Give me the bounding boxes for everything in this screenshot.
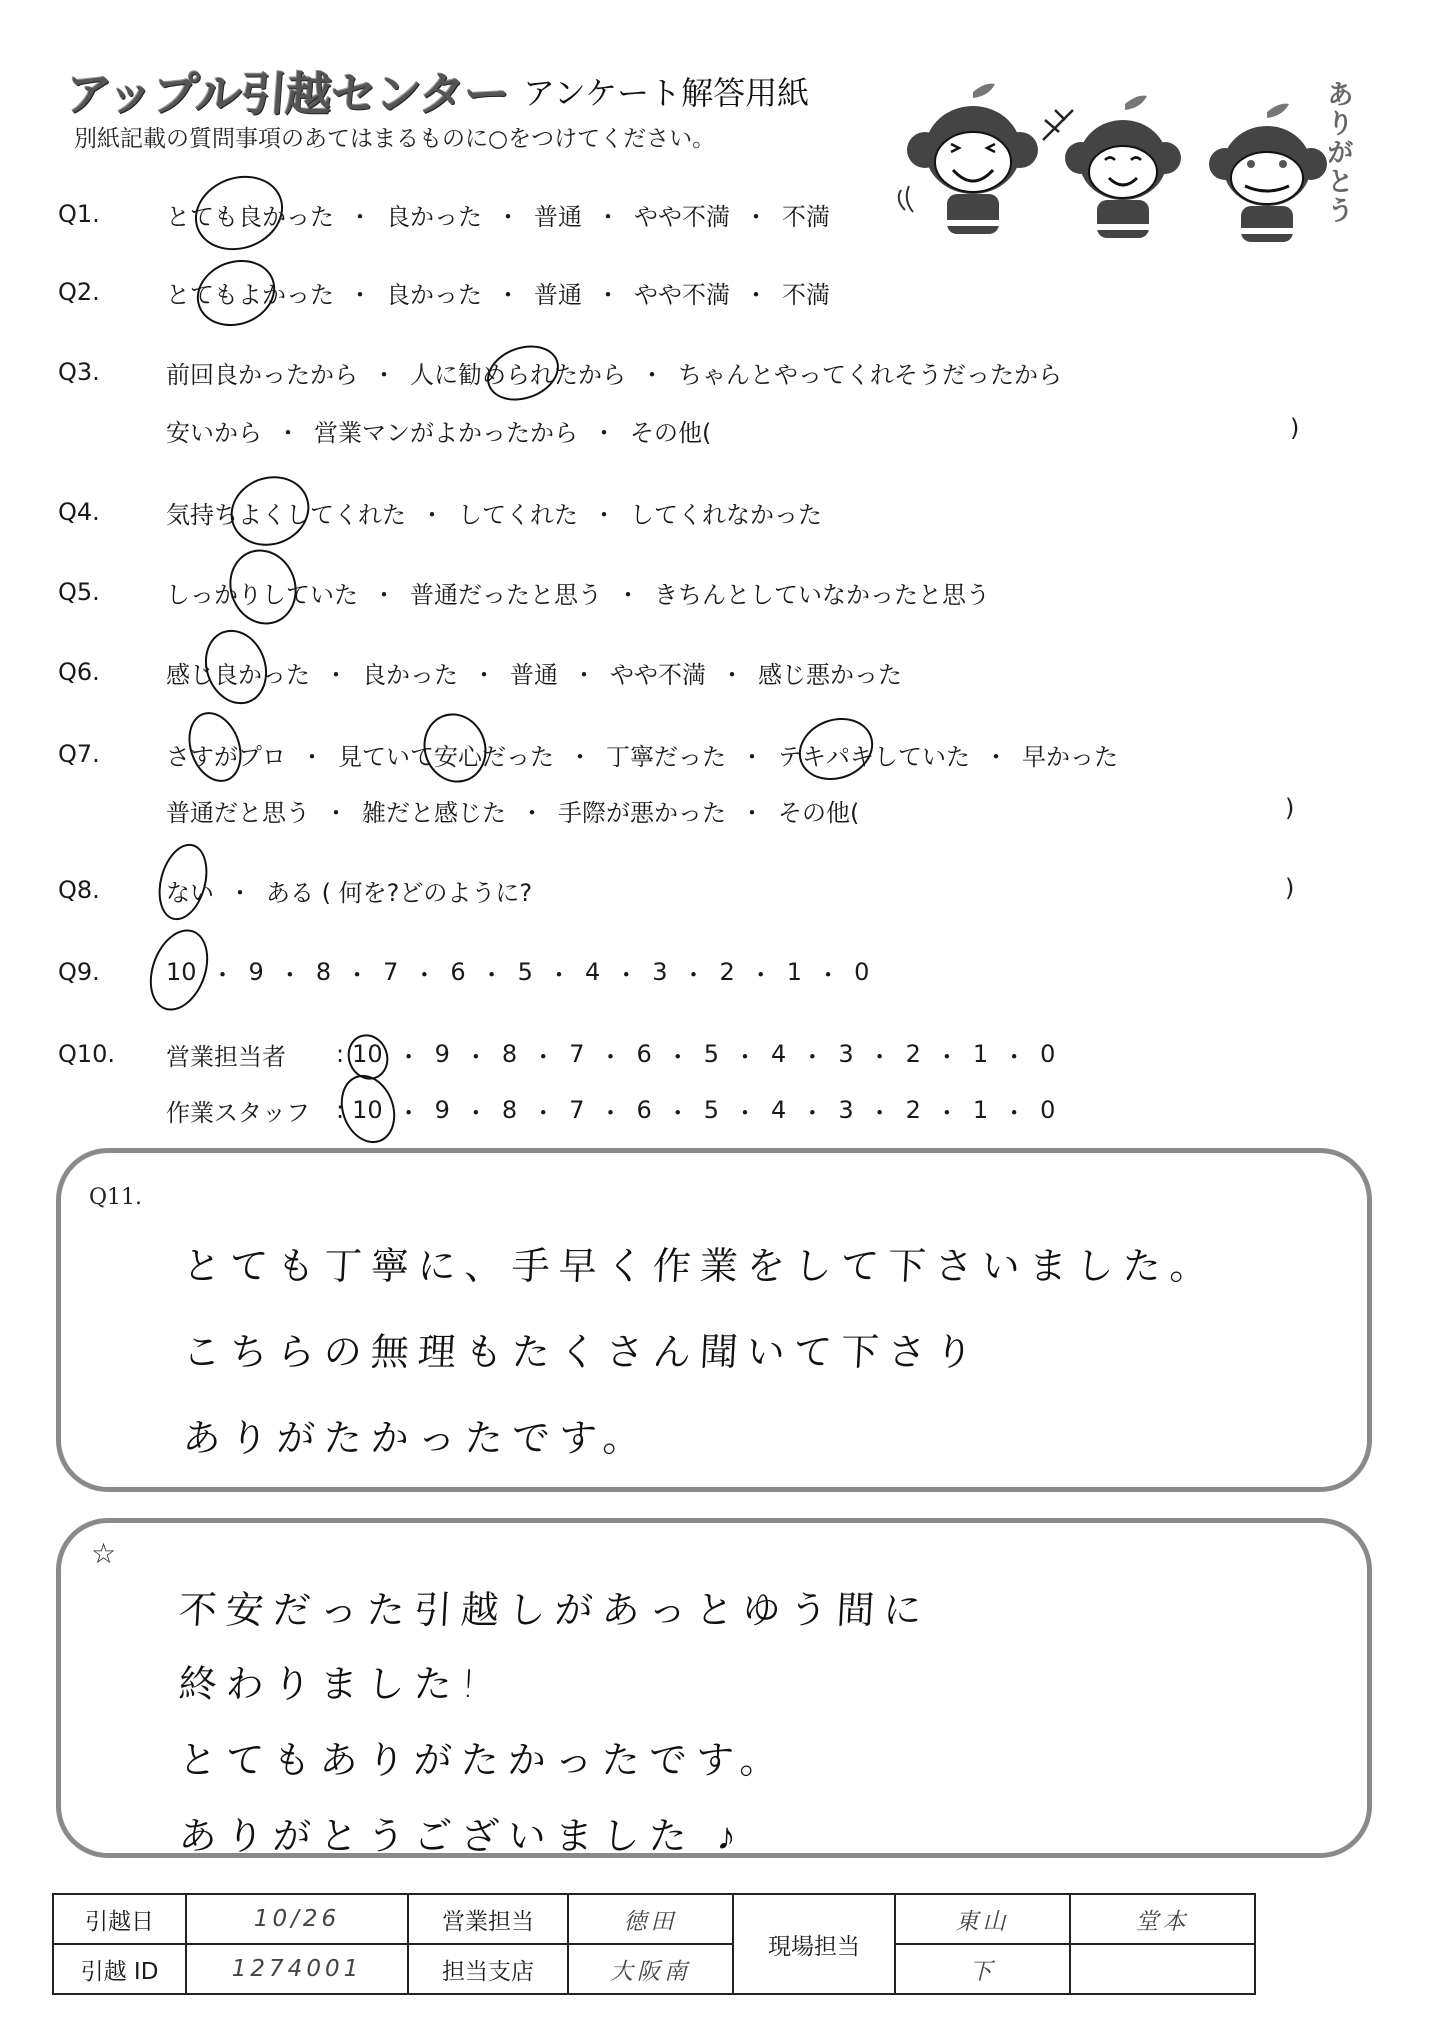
rating-option[interactable]: 7 <box>569 1096 584 1124</box>
rating-option[interactable]: 0 <box>1040 1096 1055 1124</box>
separator: ・ <box>496 197 520 232</box>
separator: ・ <box>749 955 773 990</box>
separator: ・ <box>520 793 544 828</box>
rating-option[interactable]: 4 <box>771 1040 786 1068</box>
comment-line: ありがとうございました ♪ <box>178 1805 747 1860</box>
question-number: Q4. <box>58 498 166 526</box>
close-paren: ) <box>1285 874 1294 902</box>
star-comment-box[interactable]: ☆ 不安だった引越しがあっとゆう間に 終わりました! とてもありがたかったです。… <box>56 1518 1372 1858</box>
q11-comment-box[interactable]: Q11. とても丁寧に、手早く作業をして下さいました。 こちらの無理もたくさん聞… <box>56 1148 1372 1492</box>
option[interactable]: 営業マンがよかったから <box>314 413 578 448</box>
branch-label: 担当支店 <box>408 1944 568 1994</box>
rating-option[interactable]: 1 <box>787 958 802 986</box>
option-label: しっかりしていた <box>166 581 358 609</box>
separator: ・ <box>935 1037 959 1072</box>
option[interactable]: ちゃんとやってくれそうだったから <box>678 355 1062 390</box>
separator: ・ <box>324 793 348 828</box>
option-label: とても良かった <box>166 203 334 231</box>
colon: : <box>336 1040 344 1068</box>
rating-option[interactable]: 2 <box>906 1040 921 1068</box>
separator: ・ <box>592 495 616 530</box>
comment-line: とてもありがたかったです。 <box>178 1729 789 1784</box>
separator: ・ <box>420 495 444 530</box>
rating-option[interactable]: 8 <box>316 958 331 986</box>
mascot-2-icon <box>1043 96 1181 238</box>
rating-option[interactable]: 0 <box>1040 1040 1055 1068</box>
rating-value: 10 <box>352 1040 383 1068</box>
rating-scale: 10 ・9 ・8 ・7 ・6 ・5 ・4 ・3 ・2 ・1 ・0 <box>166 955 869 990</box>
rating-option[interactable]: 1 <box>973 1040 988 1068</box>
comment-line: 終わりました! <box>178 1653 487 1708</box>
rating-option[interactable]: 7 <box>383 958 398 986</box>
site-staff-2[interactable]: 堂本 <box>1070 1894 1255 1944</box>
option[interactable]: 良かった <box>386 197 482 232</box>
question-number: Q9. <box>58 958 166 986</box>
option-selected[interactable]: とてもよかった <box>166 275 334 310</box>
rating-option[interactable]: 8 <box>502 1040 517 1068</box>
option[interactable]: 普通 <box>534 275 582 310</box>
rating-option[interactable]: 4 <box>585 958 600 986</box>
separator: ・ <box>568 737 592 772</box>
option[interactable]: やや不満 <box>634 197 730 232</box>
separator: ・ <box>640 355 664 390</box>
option-label: さすがプロ <box>166 743 286 771</box>
separator: ・ <box>744 275 768 310</box>
rating-option[interactable]: 5 <box>704 1040 719 1068</box>
separator: ・ <box>348 275 372 310</box>
separator: ・ <box>868 1093 892 1128</box>
option-label: テキパキしていた <box>778 743 970 771</box>
separator: ・ <box>596 275 620 310</box>
question-number: Q3. <box>58 358 166 386</box>
mascot-1-icon <box>899 84 1038 234</box>
question-q3: Q3. 前回良かったから ・ 人に勧められたから ・ ちゃんとやってくれそうだっ… <box>58 352 1062 392</box>
separator: ・ <box>733 1093 757 1128</box>
separator: ・ <box>276 413 300 448</box>
sales-label: 営業担当 <box>408 1894 568 1944</box>
option[interactable]: やや不満 <box>610 655 706 690</box>
star-icon: ☆ <box>91 1537 116 1570</box>
separator: ・ <box>816 955 840 990</box>
rating-option[interactable]: 3 <box>838 1096 853 1124</box>
separator: ・ <box>598 1093 622 1128</box>
option[interactable]: ある ( 何を?どのように? <box>266 873 532 908</box>
question-number: Q8. <box>58 876 166 904</box>
option[interactable]: 雑だと感じた <box>362 793 506 828</box>
question-q10-staff: 作業スタッフ : 10 ・9 ・8 ・7 ・6 ・5 ・4 ・3 ・2 ・1 ・… <box>58 1090 1055 1130</box>
question-q9: Q9. 10 ・9 ・8 ・7 ・6 ・5 ・4 ・3 ・2 ・1 ・0 <box>58 952 869 992</box>
option[interactable]: 早かった <box>1022 737 1118 772</box>
separator: ・ <box>278 955 302 990</box>
option[interactable]: 良かった <box>386 275 482 310</box>
separator: ・ <box>300 737 324 772</box>
separator: ・ <box>800 1037 824 1072</box>
separator: ・ <box>397 1037 421 1072</box>
option-selected[interactable]: しっかりしていた <box>166 575 358 610</box>
question-number: Q6. <box>58 658 166 686</box>
separator: ・ <box>592 413 616 448</box>
option[interactable]: 不満 <box>782 197 830 232</box>
rating-option[interactable]: 3 <box>652 958 667 986</box>
sub-label: 営業担当者 <box>166 1037 336 1072</box>
option-other[interactable]: その他( <box>778 793 859 828</box>
separator: ・ <box>720 655 744 690</box>
site-label: 現場担当 <box>733 1894 895 1994</box>
question-number: Q1. <box>58 200 166 228</box>
option-selected[interactable]: テキパキしていた <box>778 737 970 772</box>
option[interactable]: 良かった <box>362 655 458 690</box>
option-selected[interactable]: さすがプロ <box>166 737 286 772</box>
rating-option[interactable]: 6 <box>636 1096 651 1124</box>
option-selected[interactable]: 見ていて安心だった <box>338 737 554 772</box>
separator: ・ <box>547 955 571 990</box>
move-id-value[interactable]: 1274001 <box>186 1944 408 1994</box>
separator: ・ <box>348 197 372 232</box>
rating-value: 10 <box>352 1096 383 1124</box>
comment-line: 不安だった引越しがあっとゆう間に <box>178 1579 933 1634</box>
rating-option[interactable]: 9 <box>435 1040 450 1068</box>
rating-option[interactable]: 2 <box>720 958 735 986</box>
question-q8: Q8. ない ・ ある ( 何を?どのように? <box>58 870 532 910</box>
document-title: アンケート解答用紙 <box>523 68 809 114</box>
question-q1: Q1. とても良かった ・ 良かった ・ 普通 ・ やや不満 ・ 不満 <box>58 194 830 234</box>
mascot-3-icon <box>1209 104 1327 242</box>
question-q10-sales: Q10. 営業担当者 : 10 ・9 ・8 ・7 ・6 ・5 ・4 ・3 ・2 … <box>58 1034 1055 1074</box>
option-label: 人に勧められたから <box>410 361 626 389</box>
rating-option[interactable]: 7 <box>569 1040 584 1068</box>
option[interactable]: 普通 <box>534 197 582 232</box>
q11-label: Q11. <box>89 1185 142 1210</box>
question-number: Q7. <box>58 740 166 768</box>
option[interactable]: きちんとしていなかったと思う <box>654 575 990 610</box>
rating-scale: 作業スタッフ : 10 ・9 ・8 ・7 ・6 ・5 ・4 ・3 ・2 ・1 ・… <box>166 1093 1055 1128</box>
rating-option[interactable]: 5 <box>704 1096 719 1124</box>
mascot-illustration <box>895 70 1355 250</box>
separator: ・ <box>345 955 369 990</box>
separator: ・ <box>614 955 638 990</box>
separator: ・ <box>464 1093 488 1128</box>
question-q4: Q4. 気持ちよくしてくれた ・ してくれた ・ してくれなかった <box>58 492 822 532</box>
rating-option[interactable]: 4 <box>771 1096 786 1124</box>
rating-option[interactable]: 2 <box>906 1096 921 1124</box>
option-other[interactable]: その他( <box>630 413 711 448</box>
option-label: ない <box>166 879 214 907</box>
comment-line: ありがたかったです。 <box>182 1407 652 1462</box>
option[interactable]: 安いから <box>166 413 262 448</box>
separator: ・ <box>666 1093 690 1128</box>
separator: ・ <box>984 737 1008 772</box>
site-staff-4[interactable] <box>1070 1944 1255 1994</box>
option[interactable]: 普通だと思う <box>166 793 310 828</box>
separator: ・ <box>666 1037 690 1072</box>
close-paren: ) <box>1285 794 1294 822</box>
rating-value: 10 <box>166 958 197 986</box>
separator: ・ <box>211 955 235 990</box>
branch-value[interactable]: 大阪南 <box>568 1944 733 1994</box>
separator: ・ <box>740 737 764 772</box>
rating-option[interactable]: 0 <box>854 958 869 986</box>
option-selected[interactable]: 人に勧められたから <box>410 355 626 390</box>
option-label: 見ていて安心だった <box>338 743 554 771</box>
separator: ・ <box>480 955 504 990</box>
sales-value[interactable]: 徳田 <box>568 1894 733 1944</box>
question-q5: Q5. しっかりしていた ・ 普通だったと思う ・ きちんとしていなかったと思う <box>58 572 990 612</box>
brand-logo: アップル引越センター <box>64 58 512 124</box>
rating-option[interactable]: 8 <box>502 1096 517 1124</box>
separator: ・ <box>531 1037 555 1072</box>
move-date-value[interactable]: 10/26 <box>186 1894 408 1944</box>
close-paren: ) <box>1290 414 1299 442</box>
rating-option[interactable]: 1 <box>973 1096 988 1124</box>
option[interactable]: 不満 <box>782 275 830 310</box>
separator: ・ <box>868 1037 892 1072</box>
separator: ・ <box>740 793 764 828</box>
instruction-text: 別紙記載の質問事項のあてはまるものに○をつけてください。 <box>74 120 715 153</box>
separator: ・ <box>596 197 620 232</box>
option[interactable]: 普通 <box>510 655 558 690</box>
rating-selected[interactable]: 10 <box>352 1040 383 1068</box>
sub-label: 作業スタッフ <box>166 1093 336 1128</box>
option-selected[interactable]: 感じ良かった <box>166 655 310 690</box>
separator: ・ <box>531 1093 555 1128</box>
footer-info-table: 引越日 10/26 営業担当 徳田 現場担当 東山 堂本 引越 ID 12740… <box>52 1893 1256 1995</box>
comment-line: こちらの無理もたくさん聞いて下さり <box>182 1321 984 1376</box>
option[interactable]: やや不満 <box>634 275 730 310</box>
site-staff-3[interactable]: 下 <box>895 1944 1070 1994</box>
separator: ・ <box>935 1093 959 1128</box>
question-number: Q5. <box>58 578 166 606</box>
rating-option[interactable]: 9 <box>249 958 264 986</box>
question-number: Q10. <box>58 1040 166 1068</box>
rating-selected[interactable]: 10 <box>166 958 197 986</box>
rating-option[interactable]: 6 <box>636 1040 651 1068</box>
option-selected[interactable]: ない <box>166 873 214 908</box>
separator: ・ <box>496 275 520 310</box>
question-q7: Q7. さすがプロ ・ 見ていて安心だった ・ 丁寧だった ・ テキパキしていた… <box>58 734 1118 774</box>
option-label: とてもよかった <box>166 281 334 309</box>
separator: ・ <box>1002 1037 1026 1072</box>
separator: ・ <box>397 1093 421 1128</box>
colon: : <box>336 1096 344 1124</box>
separator: ・ <box>472 655 496 690</box>
move-date-label: 引越日 <box>53 1894 186 1944</box>
separator: ・ <box>324 655 348 690</box>
site-staff-1[interactable]: 東山 <box>895 1894 1070 1944</box>
option[interactable]: 丁寧だった <box>606 737 726 772</box>
separator: ・ <box>733 1037 757 1072</box>
rating-option[interactable]: 6 <box>450 958 465 986</box>
question-q3-line2: 安いから ・ 営業マンがよかったから ・ その他( <box>166 410 711 450</box>
comment-line: とても丁寧に、手早く作業をして下さいました。 <box>182 1235 1219 1290</box>
move-id-label: 引越 ID <box>53 1944 186 1994</box>
option[interactable]: してくれた <box>458 495 578 530</box>
rating-option[interactable]: 9 <box>435 1096 450 1124</box>
separator: ・ <box>598 1037 622 1072</box>
rating-scale: 営業担当者 : 10 ・9 ・8 ・7 ・6 ・5 ・4 ・3 ・2 ・1 ・0 <box>166 1037 1055 1072</box>
separator: ・ <box>682 955 706 990</box>
separator: ・ <box>372 575 396 610</box>
option[interactable]: 感じ悪かった <box>758 655 902 690</box>
separator: ・ <box>412 955 436 990</box>
rating-selected[interactable]: 10 <box>352 1096 383 1124</box>
question-q2: Q2. とてもよかった ・ 良かった ・ 普通 ・ やや不満 ・ 不満 <box>58 272 830 312</box>
question-number: Q2. <box>58 278 166 306</box>
separator: ・ <box>800 1093 824 1128</box>
option[interactable]: 手際が悪かった <box>558 793 726 828</box>
option[interactable]: してくれなかった <box>630 495 822 530</box>
separator: ・ <box>616 575 640 610</box>
rating-option[interactable]: 5 <box>518 958 533 986</box>
option-selected[interactable]: とても良かった <box>166 197 334 232</box>
question-q7-line2: 普通だと思う ・ 雑だと感じた ・ 手際が悪かった ・ その他( <box>166 790 859 830</box>
separator: ・ <box>1002 1093 1026 1128</box>
option-selected[interactable]: 気持ちよくしてくれた <box>166 495 406 530</box>
option[interactable]: 前回良かったから <box>166 355 358 390</box>
rating-option[interactable]: 3 <box>838 1040 853 1068</box>
separator: ・ <box>372 355 396 390</box>
question-q6: Q6. 感じ良かった ・ 良かった ・ 普通 ・ やや不満 ・ 感じ悪かった <box>58 652 902 692</box>
option-label: 気持ちよくしてくれた <box>166 501 406 529</box>
separator: ・ <box>572 655 596 690</box>
mascot-caption: ありがとう <box>1318 80 1357 225</box>
option-label: 感じ良かった <box>166 661 310 689</box>
separator: ・ <box>228 873 252 908</box>
separator: ・ <box>744 197 768 232</box>
separator: ・ <box>464 1037 488 1072</box>
option[interactable]: 普通だったと思う <box>410 575 602 610</box>
